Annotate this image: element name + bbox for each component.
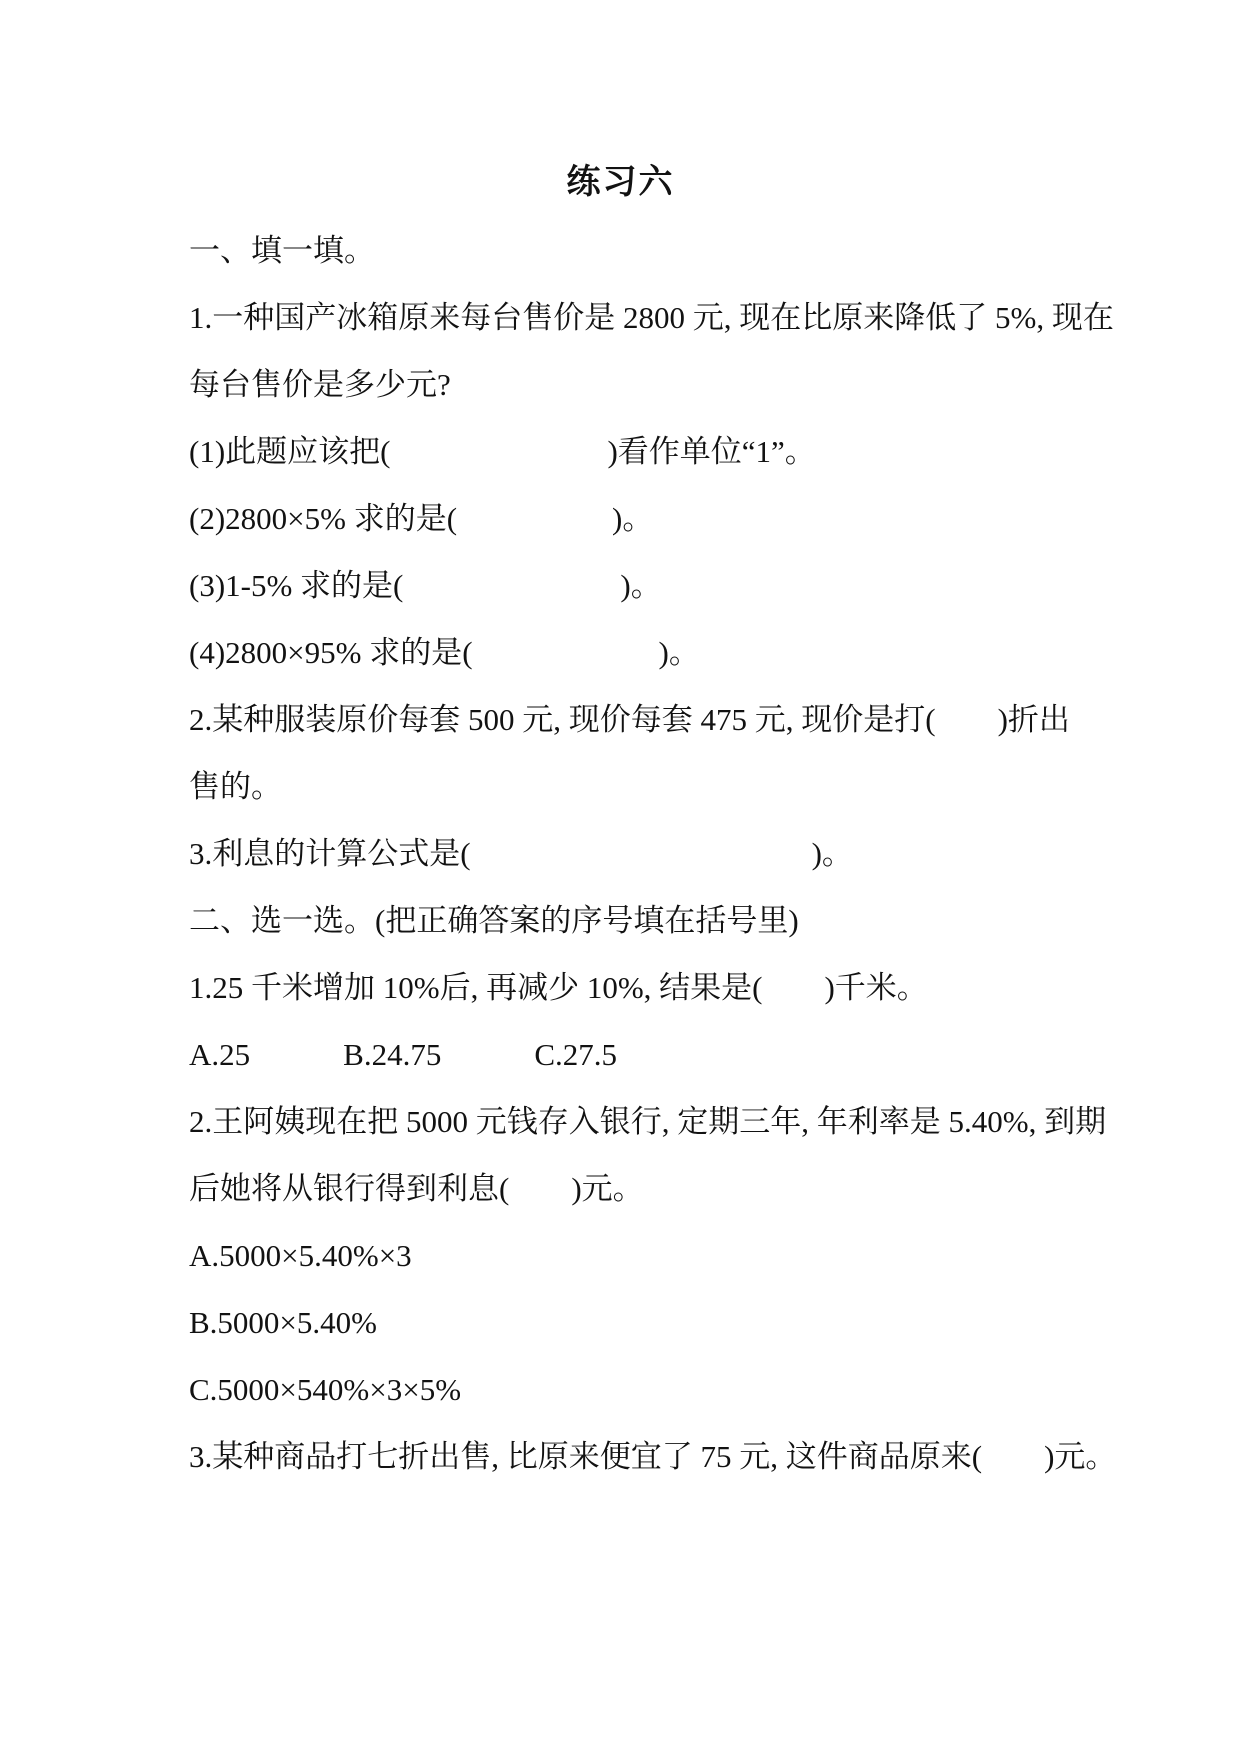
worksheet-body: 一、填一填。 1.一种国产冰箱原来每台售价是 2800 元, 现在比原来降低了 … <box>189 217 1079 1490</box>
s2-q1-text-line-1: 1.25 千米增加 10%后, 再减少 10%, 结果是( )千米。 <box>189 954 1079 1021</box>
s2-q2-option-b: B.5000×5.40% <box>189 1289 1079 1356</box>
s2-q2-text-line-2: 后她将从银行得到利息( )元。 <box>189 1155 1079 1222</box>
s1-q3-text-line-1: 3.利息的计算公式是( )。 <box>189 820 1079 887</box>
worksheet-title: 练习六 <box>0 150 1241 216</box>
s1-q2-text-line-1: 2.某种服装原价每套 500 元, 现价每套 475 元, 现价是打( )折出 <box>189 686 1079 753</box>
s1-q1-text-line-2: 每台售价是多少元? <box>189 351 1079 418</box>
worksheet-page: 练习六 一、填一填。 1.一种国产冰箱原来每台售价是 2800 元, 现在比原来… <box>0 0 1241 1754</box>
s1-q2-text-line-2: 售的。 <box>189 753 1079 820</box>
s2-q2-option-a: A.5000×5.40%×3 <box>189 1222 1079 1289</box>
s1-q1-blank-3: (3)1-5% 求的是( )。 <box>189 552 1079 619</box>
s1-q1-blank-4: (4)2800×95% 求的是( )。 <box>189 619 1079 686</box>
section-2-heading: 二、选一选。(把正确答案的序号填在括号里) <box>189 887 1079 954</box>
s1-q1-blank-2: (2)2800×5% 求的是( )。 <box>189 485 1079 552</box>
section-1-heading: 一、填一填。 <box>189 217 1079 284</box>
s1-q1-blank-1: (1)此题应该把( )看作单位“1”。 <box>189 418 1079 485</box>
s2-q2-option-c: C.5000×540%×3×5% <box>189 1356 1079 1423</box>
s1-q1-text-line-1: 1.一种国产冰箱原来每台售价是 2800 元, 现在比原来降低了 5%, 现在 <box>189 284 1079 351</box>
s2-q2-text-line-1: 2.王阿姨现在把 5000 元钱存入银行, 定期三年, 年利率是 5.40%, … <box>189 1088 1079 1155</box>
s2-q3-text-line-1: 3.某种商品打七折出售, 比原来便宜了 75 元, 这件商品原来( )元。 <box>189 1423 1079 1490</box>
s2-q1-options: A.25 B.24.75 C.27.5 <box>189 1021 1079 1088</box>
